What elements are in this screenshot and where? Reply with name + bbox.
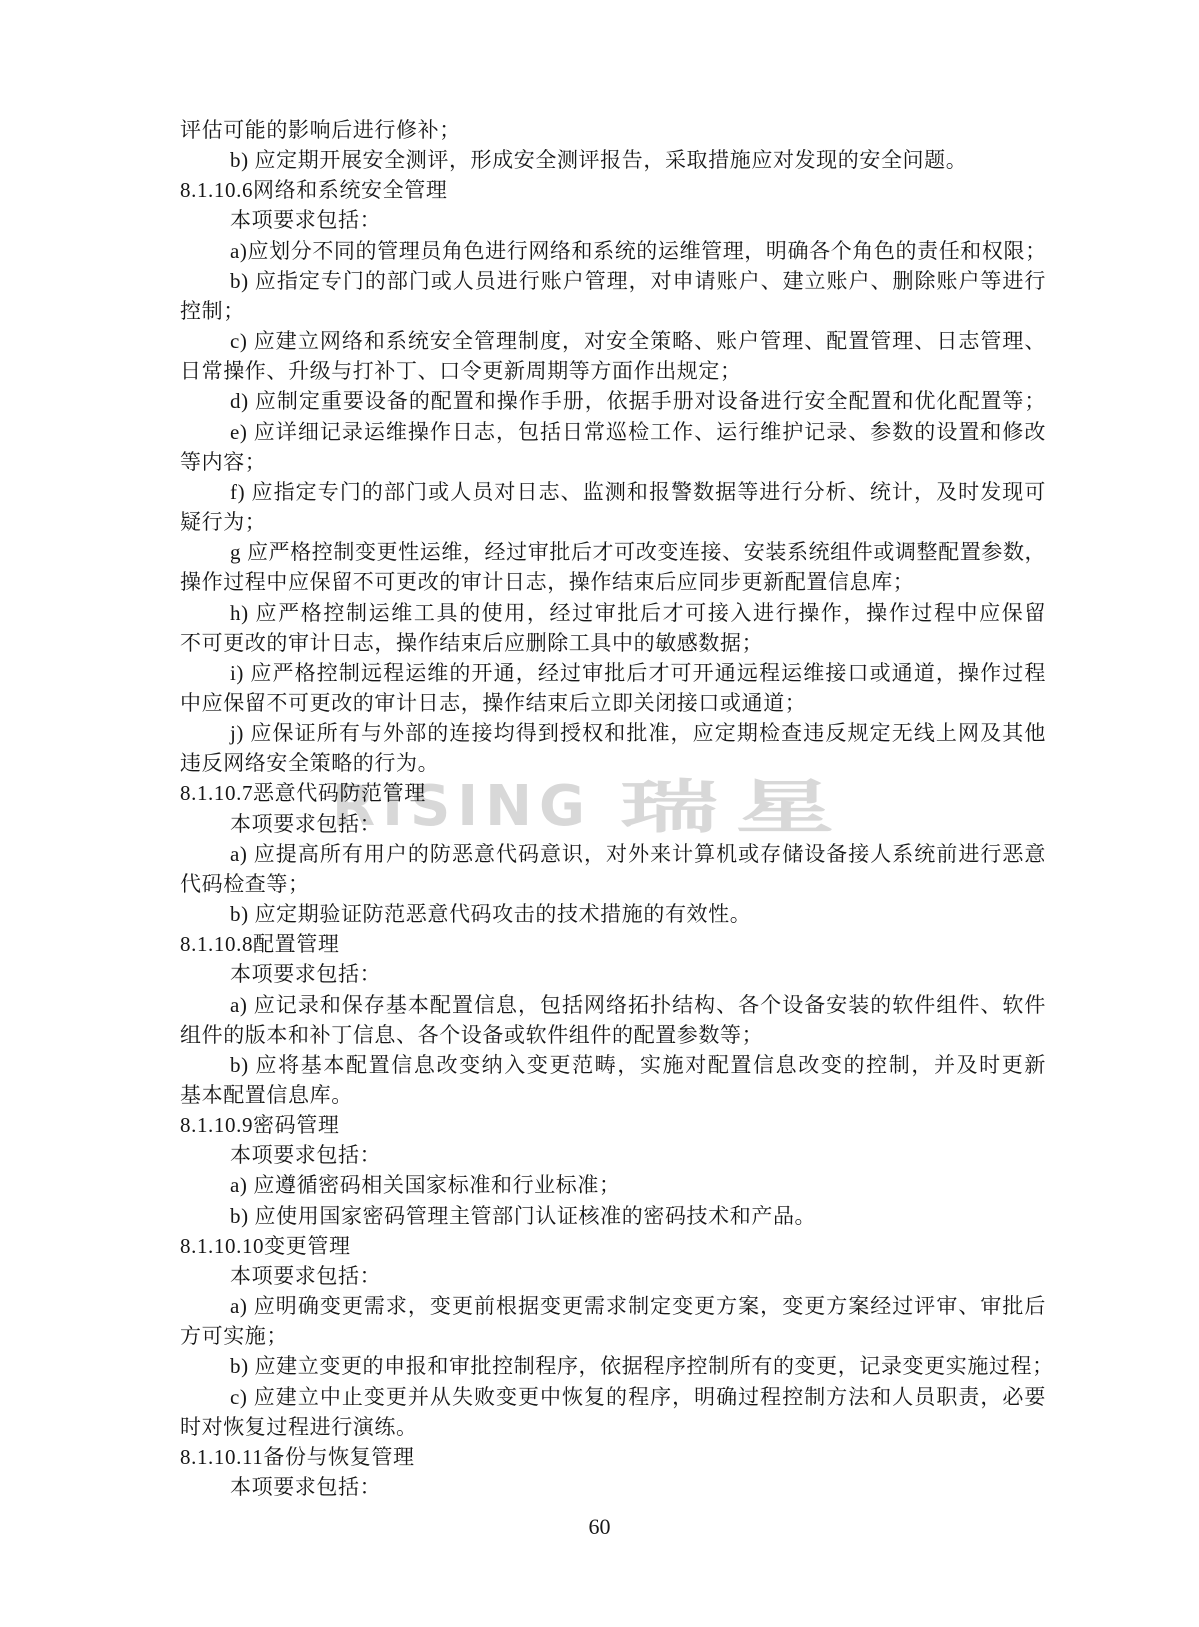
section-heading: 8.1.10.11备份与恢复管理 — [180, 1442, 1046, 1472]
text-line: h) 应严格控制运维工具的使用，经过审批后才可接入进行操作，操作过程中应保留 — [180, 598, 1046, 628]
text-line: 评估可能的影响后进行修补； — [180, 115, 1046, 145]
text-line: 时对恢复过程进行演练。 — [180, 1412, 1046, 1442]
text-line: e) 应详细记录运维操作日志，包括日常巡检工作、运行维护记录、参数的设置和修改 — [180, 417, 1046, 447]
text-line: a) 应记录和保存基本配置信息，包括网络拓扑结构、各个设备安装的软件组件、软件 — [180, 990, 1046, 1020]
document-page: RISING 瑞星 评估可能的影响后进行修补；b) 应定期开展安全测评，形成安全… — [0, 0, 1199, 1627]
text-line: 操作过程中应保留不可更改的审计日志，操作结束后应同步更新配置信息库； — [180, 567, 1046, 597]
text-line: a)应划分不同的管理员角色进行网络和系统的运维管理，明确各个角色的责任和权限； — [180, 236, 1046, 266]
text-line: 基本配置信息库。 — [180, 1080, 1046, 1110]
text-line: c) 应建立中止变更并从失败变更中恢复的程序，明确过程控制方法和人员职责，必要 — [180, 1382, 1046, 1412]
text-line: 疑行为； — [180, 507, 1046, 537]
text-line: j) 应保证所有与外部的连接均得到授权和批准，应定期检查违反规定无线上网及其他 — [180, 718, 1046, 748]
text-line: a) 应提高所有用户的防恶意代码意识，对外来计算机或存储设备接人系统前进行恶意 — [180, 839, 1046, 869]
content: 评估可能的影响后进行修补；b) 应定期开展安全测评，形成安全测评报告，采取措施应… — [180, 115, 1046, 1502]
text-line: 方可实施； — [180, 1321, 1046, 1351]
text-line: b) 应使用国家密码管理主管部门认证核准的密码技术和产品。 — [180, 1201, 1046, 1231]
page-footer: 60 — [0, 1512, 1199, 1542]
text-line: b) 应将基本配置信息改变纳入变更范畴，实施对配置信息改变的控制，并及时更新 — [180, 1050, 1046, 1080]
text-line: b) 应指定专门的部门或人员进行账户管理，对申请账户、建立账户、删除账户等进行 — [180, 266, 1046, 296]
text-line: 本项要求包括： — [180, 959, 1046, 989]
text-line: d) 应制定重要设备的配置和操作手册，依据手册对设备进行安全配置和优化配置等； — [180, 386, 1046, 416]
text-line: i) 应严格控制远程运维的开通，经过审批后才可开通远程运维接口或通道，操作过程 — [180, 658, 1046, 688]
text-line: a) 应遵循密码相关国家标准和行业标准； — [180, 1170, 1046, 1200]
text-line: b) 应定期开展安全测评，形成安全测评报告，采取措施应对发现的安全问题。 — [180, 145, 1046, 175]
page-number: 60 — [589, 1514, 611, 1539]
text-line: 本项要求包括： — [180, 1261, 1046, 1291]
text-line: 代码检查等； — [180, 869, 1046, 899]
section-heading: 8.1.10.7恶意代码防范管理 — [180, 778, 1046, 808]
text-line: 本项要求包括： — [180, 1472, 1046, 1502]
text-line: 日常操作、升级与打补丁、口令更新周期等方面作出规定； — [180, 356, 1046, 386]
section-heading: 8.1.10.9密码管理 — [180, 1110, 1046, 1140]
text-line: g 应严格控制变更性运维，经过审批后才可改变连接、安装系统组件或调整配置参数， — [180, 537, 1046, 567]
text-line: 控制； — [180, 296, 1046, 326]
text-line: 组件的版本和补丁信息、各个设备或软件组件的配置参数等； — [180, 1020, 1046, 1050]
text-line: 本项要求包括： — [180, 1140, 1046, 1170]
section-heading: 8.1.10.6网络和系统安全管理 — [180, 175, 1046, 205]
section-heading: 8.1.10.8配置管理 — [180, 929, 1046, 959]
text-line: b) 应建立变更的申报和审批控制程序，依据程序控制所有的变更，记录变更实施过程； — [180, 1351, 1046, 1381]
text-line: 中应保留不可更改的审计日志，操作结束后立即关闭接口或通道； — [180, 688, 1046, 718]
section-heading: 8.1.10.10变更管理 — [180, 1231, 1046, 1261]
text-line: b) 应定期验证防范恶意代码攻击的技术措施的有效性。 — [180, 899, 1046, 929]
text-line: 不可更改的审计日志，操作结束后应删除工具中的敏感数据； — [180, 628, 1046, 658]
text-line: f) 应指定专门的部门或人员对日志、监测和报警数据等进行分析、统计，及时发现可 — [180, 477, 1046, 507]
text-line: c) 应建立网络和系统安全管理制度，对安全策略、账户管理、配置管理、日志管理、 — [180, 326, 1046, 356]
text-line: 等内容； — [180, 447, 1046, 477]
text-line: a) 应明确变更需求，变更前根据变更需求制定变更方案，变更方案经过评审、审批后 — [180, 1291, 1046, 1321]
text-line: 本项要求包括： — [180, 809, 1046, 839]
text-line: 违反网络安全策略的行为。 — [180, 748, 1046, 778]
text-line: 本项要求包括： — [180, 205, 1046, 235]
